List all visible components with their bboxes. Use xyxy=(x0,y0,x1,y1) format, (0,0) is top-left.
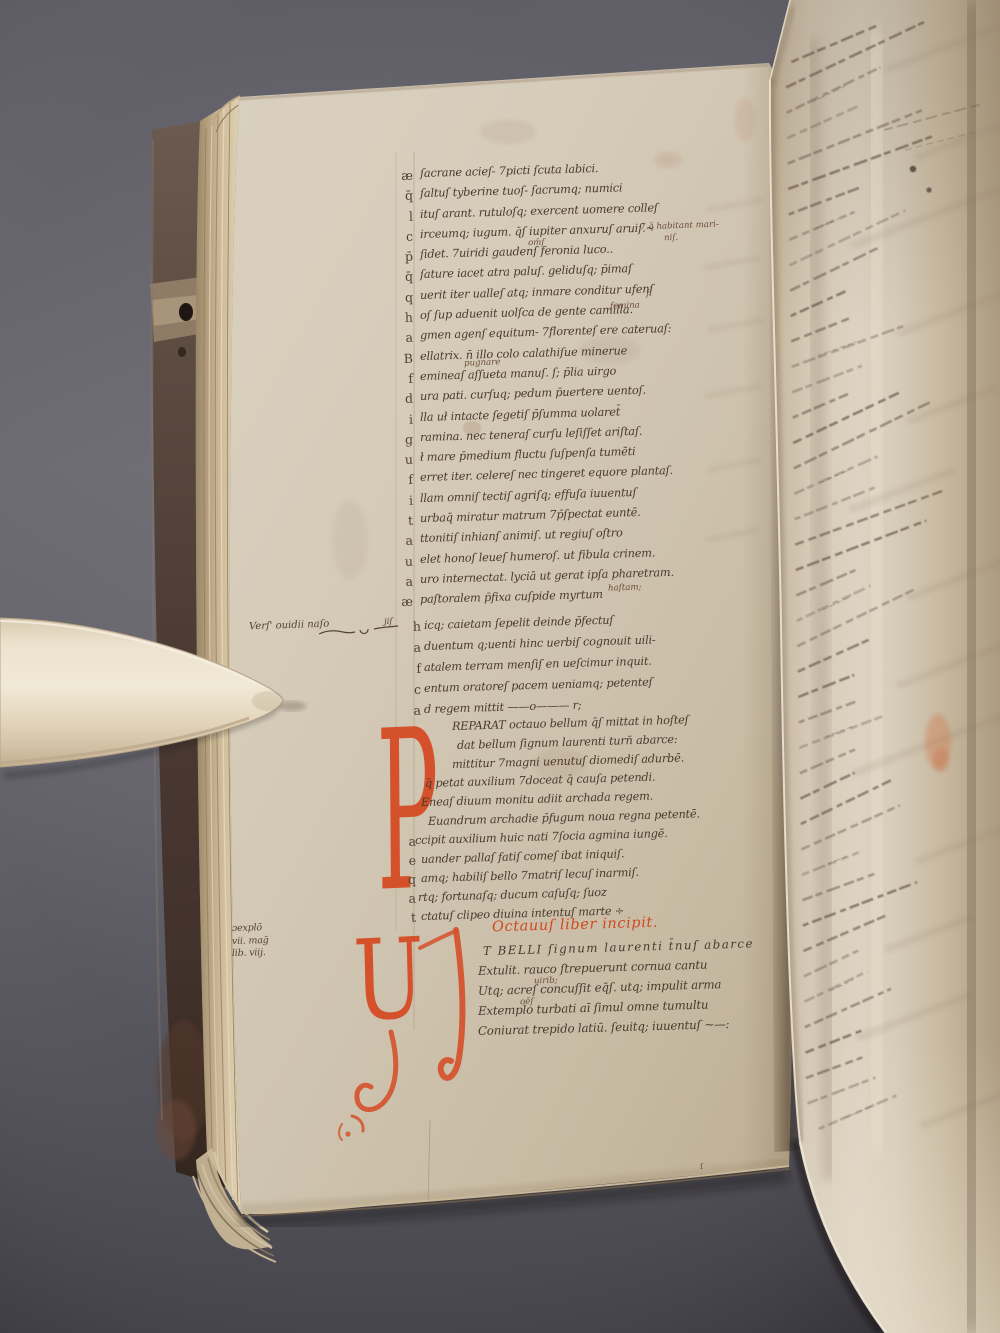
versal-letter: æ xyxy=(391,166,414,187)
rubric-incipit: Octauuſ liber incipit. xyxy=(492,915,658,936)
versal-letter: u xyxy=(391,450,414,471)
explicit-margin-note: ɔexplōvii. maḡlib. viij. xyxy=(232,923,269,961)
versal-letter xyxy=(394,775,417,795)
verse-section-argument8: REPARAT octauo bellum q̄ſ mittat in hoſt… xyxy=(415,717,700,926)
versal-letter: f xyxy=(399,658,422,680)
foot-mark: a t xyxy=(580,1194,591,1203)
versal-letter: a xyxy=(391,572,414,593)
margin-note-line: lib. viij. xyxy=(232,947,269,961)
versal-column-c: aeqat xyxy=(394,718,416,927)
initial-u: U xyxy=(352,923,426,1037)
gloss-note: femina xyxy=(610,300,640,311)
foot-mark: cooo xyxy=(686,1184,705,1194)
gloss-note: haſtam; xyxy=(608,582,642,593)
versal-letter xyxy=(394,756,417,776)
margin-note-line: ɔexplō xyxy=(232,922,269,936)
gloss-note: oēſ xyxy=(520,997,534,1007)
versal-letter: l xyxy=(391,206,414,227)
ovid-margin-note-tail: jiſ xyxy=(384,617,393,627)
versal-letter: i xyxy=(391,409,414,430)
verse-section-aeneid8: T BELLI ſignum laurenti t̄nuſ abarceExtu… xyxy=(478,941,754,1041)
versal-letter: c xyxy=(391,227,414,248)
versal-letter xyxy=(394,794,417,814)
manuscript-photo: æq̄lcp̄q̄qhaBfdigufitauaæ ſacrane acieſ-… xyxy=(0,0,1000,1333)
margin-note-line: vii. maḡ xyxy=(232,934,269,948)
left-page-text: æq̄lcp̄q̄qhaBfdigufitauaæ ſacrane acieſ-… xyxy=(0,0,1000,1333)
versal-letter: t xyxy=(391,511,414,532)
versal-letter: a xyxy=(399,637,422,659)
versal-letter: q̄ xyxy=(391,267,414,288)
versal-letter: p̄ xyxy=(391,247,414,268)
versal-letter: u xyxy=(391,551,414,572)
verse-section-argument7: icq; caietam ſepelit deinde p̄fectuſduen… xyxy=(424,615,656,720)
versal-letter xyxy=(394,737,417,757)
versal-letter: q̄ xyxy=(391,186,414,207)
ovid-margin-note: Verſ' ouidii naſo xyxy=(249,619,330,633)
gloss-note: 7 q̄ habitant mari- xyxy=(640,220,719,233)
versal-column-a: æq̄lcp̄q̄qhaBfdigufitauaæ xyxy=(391,166,413,613)
versal-letter: B xyxy=(391,348,414,369)
versal-letter: e xyxy=(394,851,417,871)
versal-letter xyxy=(394,718,417,738)
gloss-note: pugnare xyxy=(464,357,501,368)
gloss-note: om̄ſ xyxy=(528,238,545,249)
versal-letter: q xyxy=(394,870,417,890)
gloss-note: f. xyxy=(646,289,652,299)
versal-letter: a xyxy=(391,531,414,552)
versal-letter: i xyxy=(391,490,414,511)
versal-letter: a xyxy=(394,889,417,909)
versal-letter: g xyxy=(391,430,414,451)
gloss-note: uirib; xyxy=(534,976,558,987)
versal-letter: a xyxy=(394,832,417,852)
versal-letter xyxy=(394,813,417,833)
versal-letter: f xyxy=(391,369,414,390)
versal-letter: a xyxy=(391,328,414,349)
foot-mark: ſ xyxy=(700,1162,703,1171)
versal-letter: h xyxy=(399,616,422,638)
versal-letter: h xyxy=(391,308,414,329)
versal-letter: d xyxy=(391,389,414,410)
versal-letter: q xyxy=(391,287,414,308)
gloss-note: niſ. xyxy=(664,233,679,243)
versal-letter: f xyxy=(391,470,414,491)
versal-letter: æ xyxy=(391,592,414,613)
verse-section-aeneid7: ſacrane acieſ- 7picti ſcuta labici.ſaltu… xyxy=(420,164,674,611)
